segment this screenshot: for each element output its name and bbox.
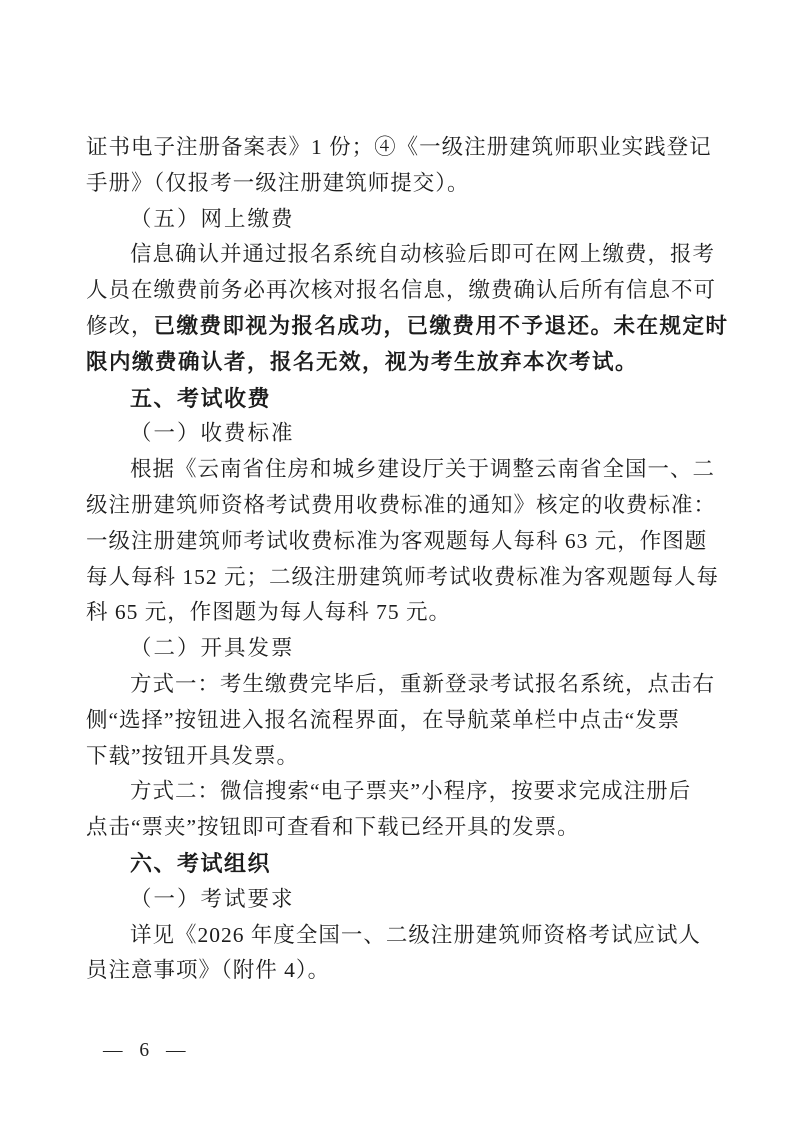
doc-line-text: 点击“票夹”按钮即可查看和下载已经开具的发票。 (86, 815, 580, 839)
doc-line: 方式二：微信搜索“电子票夹”小程序，按要求完成注册后 (86, 774, 708, 810)
doc-line-text: 证书电子注册备案表》1 份；④《一级注册建筑师职业实践登记 (86, 135, 712, 159)
doc-line: 每人每科 152 元；二级注册建筑师考试收费标准为客观题每人每 (86, 560, 708, 596)
doc-line-text: 人员在缴费前务必再次核对报名信息，缴费确认后所有信息不可 (86, 278, 716, 302)
doc-line: 侧“选择”按钮进入报名流程界面，在导航菜单栏中点击“发票 (86, 703, 708, 739)
doc-line-text: 信息确认并通过报名系统自动核验后即可在网上缴费，报考 (130, 242, 715, 266)
doc-line: 手册》（仅报考一级注册建筑师提交）。 (86, 166, 708, 202)
section-heading-exam-fees: 五、考试收费 (86, 381, 708, 417)
doc-line-text: 级注册建筑师资格考试费用收费标准的通知》核定的收费标准： (86, 493, 716, 517)
doc-line-text: 员注意事项》（附件 4）。 (86, 958, 330, 982)
doc-line: 员注意事项》（附件 4）。 (86, 953, 708, 989)
doc-line: 修改，已缴费即视为报名成功，已缴费用不予退还。未在规定时 (86, 309, 708, 345)
subsection-heading-text: （二）开具发票 (130, 636, 295, 660)
doc-line: 详见《2026 年度全国一、二级注册建筑师资格考试应试人 (86, 918, 708, 954)
subsection-heading-online-payment: （五）网上缴费 (86, 202, 708, 238)
doc-line-text: 方式二：微信搜索“电子票夹”小程序，按要求完成注册后 (130, 779, 691, 803)
doc-line: 方式一：考生缴费完毕后，重新登录考试报名系统，点击右 (86, 667, 708, 703)
doc-line-text: 手册》（仅报考一级注册建筑师提交）。 (86, 171, 470, 195)
subsection-heading-exam-requirements: （一）考试要求 (86, 882, 708, 918)
doc-line-text: 方式一：考生缴费完毕后，重新登录考试报名系统，点击右 (130, 672, 715, 696)
page-number: — 6 — (103, 1040, 192, 1061)
section-heading-text: 五、考试收费 (130, 386, 271, 411)
doc-line: 根据《云南省住房和城乡建设厅关于调整云南省全国一、二 (86, 452, 708, 488)
subsection-heading-fee-standard: （一）收费标准 (86, 416, 708, 452)
emphasis-text: 限内缴费确认者，报名无效，视为考生放弃本次考试。 (86, 350, 638, 374)
doc-line-text: 根据《云南省住房和城乡建设厅关于调整云南省全国一、二 (130, 457, 715, 481)
doc-line: 下载”按钮开具发票。 (86, 739, 708, 775)
doc-line: 一级注册建筑师考试收费标准为客观题每人每科 63 元，作图题 (86, 524, 708, 560)
doc-line-text: 一级注册建筑师考试收费标准为客观题每人每科 63 元，作图题 (86, 529, 707, 553)
doc-line-text: 下载”按钮开具发票。 (86, 744, 299, 768)
doc-line: 科 65 元，作图题为每人每科 75 元。 (86, 595, 708, 631)
doc-line: 级注册建筑师资格考试费用收费标准的通知》核定的收费标准： (86, 488, 708, 524)
document-body: 证书电子注册备案表》1 份；④《一级注册建筑师职业实践登记 手册》（仅报考一级注… (86, 130, 708, 989)
document-page: 证书电子注册备案表》1 份；④《一级注册建筑师职业实践登记 手册》（仅报考一级注… (0, 0, 794, 1123)
doc-line: 人员在缴费前务必再次核对报名信息，缴费确认后所有信息不可 (86, 273, 708, 309)
doc-line: 信息确认并通过报名系统自动核验后即可在网上缴费，报考 (86, 237, 708, 273)
subsection-heading-text: （一）考试要求 (130, 887, 295, 911)
emphasis-text: 已缴费即视为报名成功，已缴费用不予退还。未在规定时 (154, 314, 729, 338)
doc-line-text: 科 65 元，作图题为每人每科 75 元。 (86, 600, 451, 624)
doc-line-text: 侧“选择”按钮进入报名流程界面，在导航菜单栏中点击“发票 (86, 708, 680, 732)
subsection-heading-text: （五）网上缴费 (130, 207, 295, 231)
doc-line-text: 详见《2026 年度全国一、二级注册建筑师资格考试应试人 (130, 923, 701, 947)
doc-line: 证书电子注册备案表》1 份；④《一级注册建筑师职业实践登记 (86, 130, 708, 166)
doc-line-text: 每人每科 152 元；二级注册建筑师考试收费标准为客观题每人每 (86, 565, 719, 589)
subsection-heading-invoice: （二）开具发票 (86, 631, 708, 667)
emphasis-line: 限内缴费确认者，报名无效，视为考生放弃本次考试。 (86, 345, 708, 381)
section-heading-exam-organization: 六、考试组织 (86, 846, 708, 882)
doc-line-text: 修改， (86, 314, 154, 338)
doc-line: 点击“票夹”按钮即可查看和下载已经开具的发票。 (86, 810, 708, 846)
subsection-heading-text: （一）收费标准 (130, 421, 295, 445)
page-footer: — 6 — (103, 1040, 192, 1062)
section-heading-text: 六、考试组织 (130, 851, 271, 876)
